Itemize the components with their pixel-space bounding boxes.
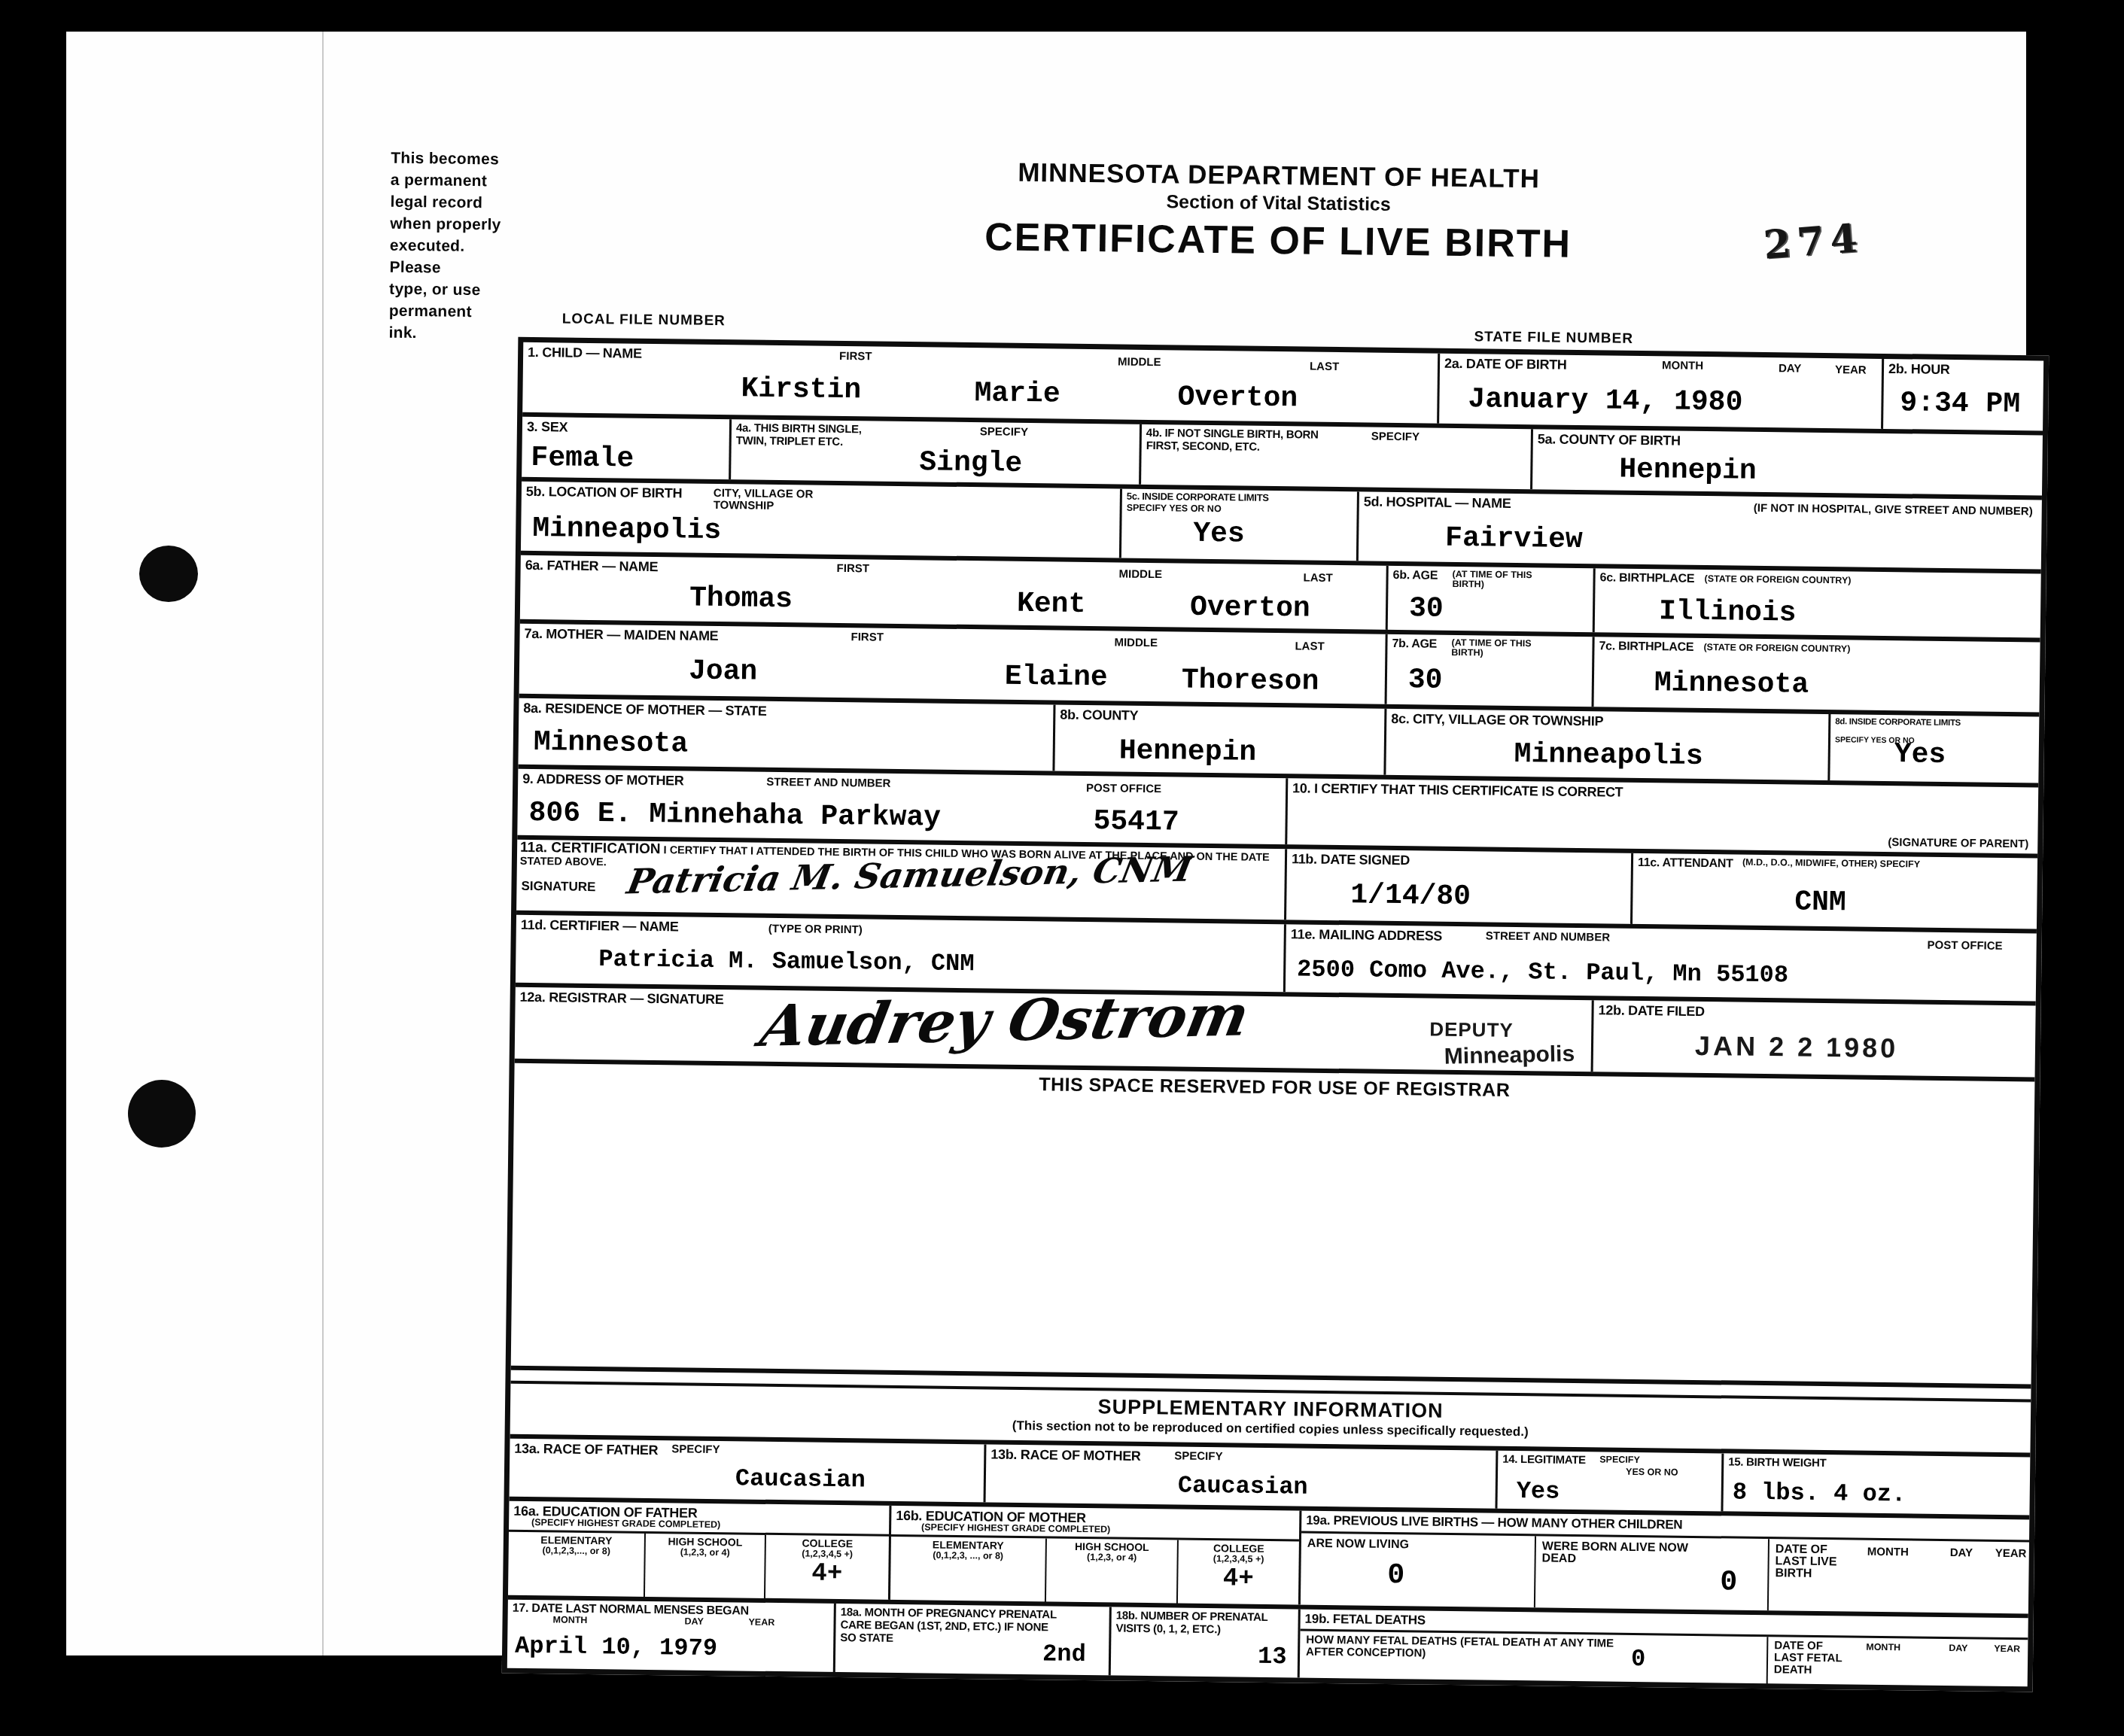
mailing-address-value: 2500 Como Ave., St. Paul, Mn 55108 [1297, 957, 1788, 987]
prenatal-month-label: 18a. MONTH OF PREGNANCY PRENATAL CARE BE… [840, 1606, 1067, 1647]
college-value: 4+ [765, 1561, 888, 1588]
location-value: Minneapolis [532, 515, 721, 546]
field-mailing-address: 11e. MAILING ADDRESS STREET AND NUMBER P… [1283, 924, 2037, 1001]
father-name-label: 6a. FATHER — NAME [525, 558, 659, 574]
street-and-number-label: STREET AND NUMBER [766, 777, 890, 790]
birth-weight-value: 8 lbs. 4 oz. [1733, 1481, 1906, 1507]
hour-value: 9:34 PM [1900, 389, 2020, 419]
hospital-value: Fairview [1445, 524, 1583, 555]
high-school-range: (1,2,3, or 4) [1047, 1552, 1177, 1563]
middle-label: MIDDLE [1119, 569, 1163, 582]
date-filed-label: 12b. DATE FILED [1598, 1002, 1704, 1019]
education-mother-columns: ELEMENTARY (0,1,2,3, ..., or 8) HIGH SCH… [890, 1534, 1299, 1607]
fetal-deaths-columns: HOW MANY FETAL DEATHS (FETAL DEATH AT AN… [1300, 1629, 2028, 1689]
scanned-certificate-paper: This becomes a permanent legal record wh… [66, 32, 2026, 1655]
hospital-note: (IF NOT IN HOSPITAL, GIVE STREET AND NUM… [1754, 503, 2033, 518]
month-label: MONTH [1866, 1643, 1900, 1653]
hospital-label: 5d. HOSPITAL — NAME [1364, 494, 1511, 510]
date-last-fetal-death-label: DATE OF LAST FETAL DEATH [1774, 1640, 1854, 1677]
specify-label: SPECIFY [1371, 431, 1420, 444]
menses-label: 17. DATE LAST NORMAL MENSES BEGAN [513, 1602, 749, 1618]
education-mother-elementary: ELEMENTARY (0,1,2,3, ..., or 8) [890, 1537, 1045, 1604]
mother-age-value: 30 [1408, 666, 1443, 695]
field-previous-live-births: 19a. PREVIOUS LIVE BIRTHS — HOW MANY OTH… [1298, 1511, 2029, 1614]
date-last-live-birth-label: DATE OF LAST LIVE BIRTH [1775, 1543, 1855, 1580]
yes-or-no-label: YES OR NO [1626, 1467, 1678, 1478]
day-label: DAY [1949, 1643, 1967, 1653]
mother-age-sublabel: (AT TIME OF THIS BIRTH) [1451, 638, 1541, 658]
field-fetal-deaths: 19b. FETAL DEATHS HOW MANY FETAL DEATHS … [1298, 1610, 2028, 1687]
field-not-single-birth: 4b. IF NOT SINGLE BIRTH, BORN FIRST, SEC… [1139, 424, 1531, 489]
education-father-header: 16a. EDUCATION OF FATHER (SPECIFY HIGHES… [509, 1501, 889, 1534]
this-birth-label: 4a. THIS BIRTH SINGLE, TWIN, TRIPLET ETC… [736, 421, 879, 448]
specify-label: SPECIFY [671, 1443, 720, 1456]
dob-value: January 14, 1980 [1468, 385, 1742, 417]
race-father-value: Caucasian [735, 1467, 866, 1492]
mother-birthplace-sublabel: (STATE OR FOREIGN COUNTRY) [1703, 643, 1850, 654]
college-label: COLLEGE [1179, 1540, 1299, 1555]
prenatal-month-value: 2nd [1042, 1642, 1086, 1667]
margin-note: This becomes a permanent legal record wh… [388, 147, 502, 345]
race-mother-value: Caucasian [1178, 1474, 1308, 1500]
mother-name-label: 7a. MOTHER — MAIDEN NAME [524, 626, 718, 643]
not-single-label: 4b. IF NOT SINGLE BIRTH, BORN FIRST, SEC… [1146, 427, 1319, 455]
father-birthplace-label: 6c. BIRTHPLACE [1599, 570, 1694, 587]
field-mother-birthplace: 7c. BIRTHPLACE (STATE OR FOREIGN COUNTRY… [1592, 637, 2040, 712]
certify-correct-label: 10. I CERTIFY THAT THIS CERTIFICATE IS C… [1292, 780, 1623, 799]
field-birth-weight: 15. BIRTH WEIGHT 8 lbs. 4 oz. [1721, 1453, 2030, 1515]
residence-inside-limits-label: 8d. INSIDE CORPORATE LIMITS [1835, 716, 1970, 728]
elementary-range: (0,1,2,3, ..., or 8) [891, 1550, 1045, 1562]
county-of-birth-value: Hennepin [1619, 456, 1757, 486]
residence-county-label: 8b. COUNTY [1060, 707, 1138, 723]
certifier-value: Patricia M. Samuelson, CNM [598, 947, 975, 976]
fetal-deaths-label: 19b. FETAL DEATHS [1305, 1612, 1426, 1628]
sex-label: 3. SEX [527, 419, 568, 435]
education-mother-sublabel: (SPECIFY HIGHEST GRADE COMPLETED) [921, 1522, 1110, 1534]
prenatal-visits-value: 13 [1258, 1645, 1287, 1669]
field-certify-correct: 10. I CERTIFY THAT THIS CERTIFICATE IS C… [1285, 778, 2038, 853]
date-signed-value: 1/14/80 [1350, 881, 1471, 911]
education-mother-header: 16b. EDUCATION OF MOTHER (SPECIFY HIGHES… [891, 1506, 1299, 1540]
first-label: FIRST [837, 563, 870, 576]
hour-label: 2b. HOUR [1888, 361, 1950, 377]
deputy-city-stamp: Minneapolis [1444, 1041, 1575, 1070]
births-now-living: ARE NOW LIVING 0 [1301, 1534, 1535, 1608]
county-of-birth-label: 5a. COUNTY OF BIRTH [1538, 431, 1681, 448]
year-label: YEAR [1835, 364, 1867, 377]
residence-county-value: Hennepin [1119, 737, 1257, 768]
fetal-deaths-how-many: HOW MANY FETAL DEATHS (FETAL DEATH AT AN… [1300, 1631, 1767, 1686]
residence-city-label: 8c. CITY, VILLAGE OR TOWNSHIP [1391, 711, 1603, 728]
certification-label: 11a. CERTIFICATION [520, 840, 661, 857]
high-school-range: (1,2,3, or 4) [646, 1547, 765, 1558]
previous-births-label: 19a. PREVIOUS LIVE BIRTHS — HOW MANY OTH… [1306, 1513, 1682, 1533]
date-filed-stamp: JAN 2 2 1980 [1695, 1030, 1899, 1064]
education-mother-college: COLLEGE (1,2,3,4,5 +) 4+ [1176, 1540, 1299, 1607]
state-file-number-label: STATE FILE NUMBER [1474, 329, 1633, 348]
field-child-name: 1. CHILD — NAME FIRST MIDDLE LAST Kirsti… [522, 342, 1438, 424]
child-name-label: 1. CHILD — NAME [528, 345, 642, 361]
father-age-label: 6b. AGE [1392, 568, 1438, 584]
this-birth-value: Single [919, 448, 1022, 479]
child-first-value: Kirstin [741, 375, 861, 405]
specify-label: SPECIFY [1174, 1450, 1222, 1463]
field-mother-name: 7a. MOTHER — MAIDEN NAME FIRST MIDDLE LA… [519, 624, 1386, 704]
residence-state-label: 8a. RESIDENCE OF MOTHER — STATE [523, 701, 766, 719]
street-and-number-label: STREET AND NUMBER [1486, 930, 1610, 944]
births-date-of-last: DATE OF LAST LIVE BIRTH MONTH DAY YEAR [1767, 1539, 2029, 1613]
last-label: LAST [1303, 573, 1332, 585]
birth-weight-label: 15. BIRTH WEIGHT [1728, 1455, 1826, 1470]
field-education-of-mother: 16b. EDUCATION OF MOTHER (SPECIFY HIGHES… [888, 1506, 1299, 1605]
year-label: YEAR [1994, 1644, 2020, 1654]
certificate-form: 1. CHILD — NAME FIRST MIDDLE LAST Kirsti… [502, 337, 2049, 1692]
field-hospital-name: 5d. HOSPITAL — NAME (IF NOT IN HOSPITAL,… [1356, 491, 2042, 569]
race-mother-label: 13b. RACE OF MOTHER [990, 1447, 1141, 1464]
father-middle-value: Kent [1017, 590, 1086, 619]
residence-city-value: Minneapolis [1514, 740, 1703, 771]
prenatal-visits-label: 18b. NUMBER OF PRENATAL VISITS (0, 1, 2,… [1115, 1610, 1289, 1637]
legitimate-label: 14. LEGITIMATE [1502, 1453, 1586, 1467]
field-attendant: 11c. ATTENDANT (M.D., D.O., MIDWIFE, OTH… [1630, 853, 2037, 929]
now-living-label: ARE NOW LIVING [1307, 1538, 1409, 1552]
field-father-age: 6b. AGE (AT TIME OF THIS BIRTH) 30 [1386, 566, 1593, 632]
mother-first-value: Joan [689, 658, 758, 687]
field-residence-inside-limits: 8d. INSIDE CORPORATE LIMITS SPECIFY YES … [1827, 714, 2039, 783]
father-age-sublabel: (AT TIME OF THIS BIRTH) [1452, 570, 1542, 590]
inside-limits-label: 5c. INSIDE CORPORATE LIMITS [1127, 491, 1285, 504]
how-many-fetal-deaths-value: 0 [1631, 1647, 1646, 1671]
elementary-range: (0,1,2,3,..., or 8) [509, 1546, 644, 1557]
registrar-blank-space [511, 1093, 2034, 1385]
signature-label: SIGNATURE [521, 880, 595, 893]
field-location-of-birth: 5b. LOCATION OF BIRTH CITY, VILLAGE OR T… [521, 482, 1120, 558]
last-label: LAST [1310, 361, 1339, 373]
day-label: DAY [684, 1617, 703, 1627]
mother-age-label: 7b. AGE [1392, 637, 1437, 652]
field-date-of-birth: 2a. DATE OF BIRTH MONTH DAY YEAR January… [1437, 354, 1882, 429]
father-last-value: Overton [1190, 594, 1310, 624]
menses-value: April 10, 1979 [515, 1634, 717, 1661]
year-label: YEAR [748, 1618, 774, 1628]
field-mother-address: 9. ADDRESS OF MOTHER STREET AND NUMBER P… [517, 769, 1286, 844]
mailing-address-label: 11e. MAILING ADDRESS [1291, 926, 1443, 943]
signature-of-parent-label: (SIGNATURE OF PARENT) [1888, 837, 2028, 850]
field-certifier-name: 11d. CERTIFIER — NAME (TYPE OR PRINT) Pa… [516, 915, 1284, 992]
high-school-label: HIGH SCHOOL [646, 1534, 765, 1549]
elementary-value [891, 1562, 1045, 1564]
row-education-births: 16a. EDUCATION OF FATHER (SPECIFY HIGHES… [508, 1497, 2029, 1614]
dob-label: 2a. DATE OF BIRTH [1444, 356, 1567, 372]
month-label: MONTH [1662, 360, 1703, 372]
field-sex: 3. SEX Female [522, 417, 729, 479]
specify-yes-no-label: SPECIFY YES OR NO [1127, 503, 1222, 515]
field-date-filed: 12b. DATE FILED JAN 2 2 1980 [1591, 1000, 2036, 1077]
field-father-name: 6a. FATHER — NAME FIRST MIDDLE LAST Thom… [520, 555, 1386, 630]
education-father-columns: ELEMENTARY (0,1,2,3,..., or 8) HIGH SCHO… [508, 1530, 889, 1602]
registrar-label: 12a. REGISTRAR — SIGNATURE [520, 990, 724, 1007]
field-residence-city: 8c. CITY, VILLAGE OR TOWNSHIP Minneapoli… [1383, 709, 1828, 780]
education-father-college: COLLEGE (1,2,3,4,5 +) 4+ [764, 1535, 889, 1602]
field-registrar-signature: 12a. REGISTRAR — SIGNATURE Audrey Ostrom… [515, 987, 1592, 1072]
first-label: FIRST [851, 631, 884, 644]
education-father-elementary: ELEMENTARY (0,1,2,3,..., or 8) [508, 1532, 644, 1599]
deputy-stamp-label: DEPUTY [1429, 1018, 1514, 1042]
day-label: DAY [1779, 363, 1801, 375]
month-label: MONTH [1867, 1546, 1909, 1559]
first-label: FIRST [839, 351, 872, 363]
college-label: COLLEGE [766, 1535, 889, 1550]
field-prenatal-visits: 18b. NUMBER OF PRENATAL VISITS (0, 1, 2,… [1109, 1607, 1298, 1677]
field-father-birthplace: 6c. BIRTHPLACE (STATE OR FOREIGN COUNTRY… [1593, 568, 2041, 637]
certificate-title: CERTIFICATE OF LIVE BIRTH [751, 212, 1806, 270]
field-race-of-mother: 13b. RACE OF MOTHER SPECIFY Caucasian [984, 1444, 1496, 1508]
child-last-value: Overton [1177, 383, 1298, 413]
day-label: DAY [1950, 1547, 1973, 1559]
post-office-label: POST OFFICE [1086, 783, 1161, 795]
field-race-of-father: 13a. RACE OF FATHER SPECIFY Caucasian [510, 1439, 984, 1503]
college-value: 4+ [1178, 1566, 1298, 1593]
mother-address-post-office-value: 55417 [1093, 807, 1179, 837]
mother-middle-value: Elaine [1005, 663, 1108, 693]
education-mother-high-school: HIGH SCHOOL (1,2,3, or 4) [1045, 1538, 1177, 1605]
born-alive-now-dead-label: WERE BORN ALIVE NOW DEAD [1542, 1540, 1700, 1567]
mother-address-label: 9. ADDRESS OF MOTHER [522, 771, 684, 789]
field-certification: 11a. CERTIFICATION I CERTIFY THAT I ATTE… [516, 840, 1285, 920]
now-living-value: 0 [1387, 1561, 1404, 1590]
specify-label: SPECIFY [1599, 1455, 1640, 1465]
births-born-alive-now-dead: WERE BORN ALIVE NOW DEAD 0 [1534, 1536, 1768, 1610]
inside-limits-value: Yes [1193, 520, 1245, 549]
field-prenatal-care-began: 18a. MONTH OF PREGNANCY PRENATAL CARE BE… [833, 1604, 1109, 1675]
mother-address-street-value: 806 E. Minnehaha Parkway [528, 799, 941, 833]
field-residence-county: 8b. COUNTY Hennepin [1052, 704, 1384, 774]
previous-births-columns: ARE NOW LIVING 0 WERE BORN ALIVE NOW DEA… [1301, 1531, 2029, 1614]
residence-state-value: Minnesota [534, 728, 689, 759]
last-label: LAST [1295, 640, 1324, 652]
field-mother-age: 7b. AGE (AT TIME OF THIS BIRTH) 30 [1385, 634, 1593, 707]
field-inside-corporate-limits: 5c. INSIDE CORPORATE LIMITS SPECIFY YES … [1119, 489, 1357, 561]
local-file-number-label: LOCAL FILE NUMBER [562, 311, 726, 330]
child-middle-value: Marie [974, 379, 1060, 409]
field-education-of-father: 16a. EDUCATION OF FATHER (SPECIFY HIGHES… [508, 1501, 889, 1600]
college-range: (1,2,3,4,5 +) [1179, 1554, 1299, 1565]
year-label: YEAR [1995, 1548, 2027, 1561]
middle-label: MIDDLE [1114, 637, 1158, 649]
field-date-signed: 11b. DATE SIGNED 1/14/80 [1284, 849, 1631, 924]
date-signed-label: 11b. DATE SIGNED [1292, 851, 1410, 868]
field-residence-state: 8a. RESIDENCE OF MOTHER — STATE Minnesot… [518, 698, 1053, 771]
father-first-value: Thomas [689, 585, 793, 615]
father-age-value: 30 [1409, 594, 1444, 624]
father-birthplace-value: Illinois [1659, 597, 1797, 628]
high-school-value [646, 1559, 765, 1561]
middle-label: MIDDLE [1118, 356, 1161, 369]
residence-inside-limits-value: Yes [1894, 740, 1946, 770]
born-alive-now-dead-value: 0 [1720, 1568, 1737, 1597]
mother-birthplace-label: 7c. BIRTHPLACE [1599, 639, 1693, 655]
field-county-of-birth: 5a. COUNTY OF BIRTH Hennepin [1530, 429, 2043, 495]
type-or-print-label: (TYPE OR PRINT) [768, 923, 863, 937]
education-father-sublabel: (SPECIFY HIGHEST GRADE COMPLETED) [531, 1518, 720, 1530]
education-father-high-school: HIGH SCHOOL (1,2,3, or 4) [644, 1534, 765, 1601]
fetal-deaths-date-of-last: DATE OF LAST FETAL DEATH MONTH DAY YEAR [1766, 1637, 2028, 1689]
field-hour: 2b. HOUR 9:34 PM [1881, 359, 2043, 431]
how-many-fetal-deaths-label: HOW MANY FETAL DEATHS (FETAL DEATH AT AN… [1306, 1634, 1622, 1662]
college-range: (1,2,3,4,5 +) [766, 1549, 889, 1560]
registrar-signature: Audrey Ostrom [756, 982, 1255, 1060]
sex-value: Female [531, 444, 634, 474]
mother-birthplace-value: Minnesota [1654, 669, 1809, 700]
attendant-value: CNM [1794, 889, 1846, 918]
high-school-value [1047, 1564, 1177, 1565]
father-birthplace-sublabel: (STATE OR FOREIGN COUNTRY) [1705, 574, 1852, 585]
legitimate-value: Yes [1517, 1479, 1560, 1504]
field-this-birth: 4a. THIS BIRTH SINGLE, TWIN, TRIPLET ETC… [729, 419, 1140, 485]
specify-label: SPECIFY [980, 426, 1028, 439]
stamp-number: 274 [1762, 215, 1865, 269]
location-sublabel: CITY, VILLAGE OR TOWNSHIP [714, 488, 857, 513]
post-office-label: POST OFFICE [1928, 940, 2003, 953]
certifier-label: 11d. CERTIFIER — NAME [521, 917, 679, 935]
mother-last-value: Thoreson [1182, 667, 1319, 697]
attendant-label: 11c. ATTENDANT [1638, 856, 1733, 872]
elementary-value [509, 1558, 644, 1559]
attendant-sublabel: (M.D., D.O., MIDWIFE, OTHER) SPECIFY [1742, 858, 1931, 870]
certificate-content: This becomes a permanent legal record wh… [56, 17, 2036, 1665]
month-label: MONTH [552, 1615, 587, 1625]
field-legitimate: 14. LEGITIMATE SPECIFY YES OR NO Yes [1495, 1451, 1721, 1512]
race-father-label: 13a. RACE OF FATHER [514, 1441, 658, 1458]
field-menses-began: 17. DATE LAST NORMAL MENSES BEGAN MONTH … [507, 1600, 834, 1672]
location-label: 5b. LOCATION OF BIRTH [526, 484, 683, 501]
